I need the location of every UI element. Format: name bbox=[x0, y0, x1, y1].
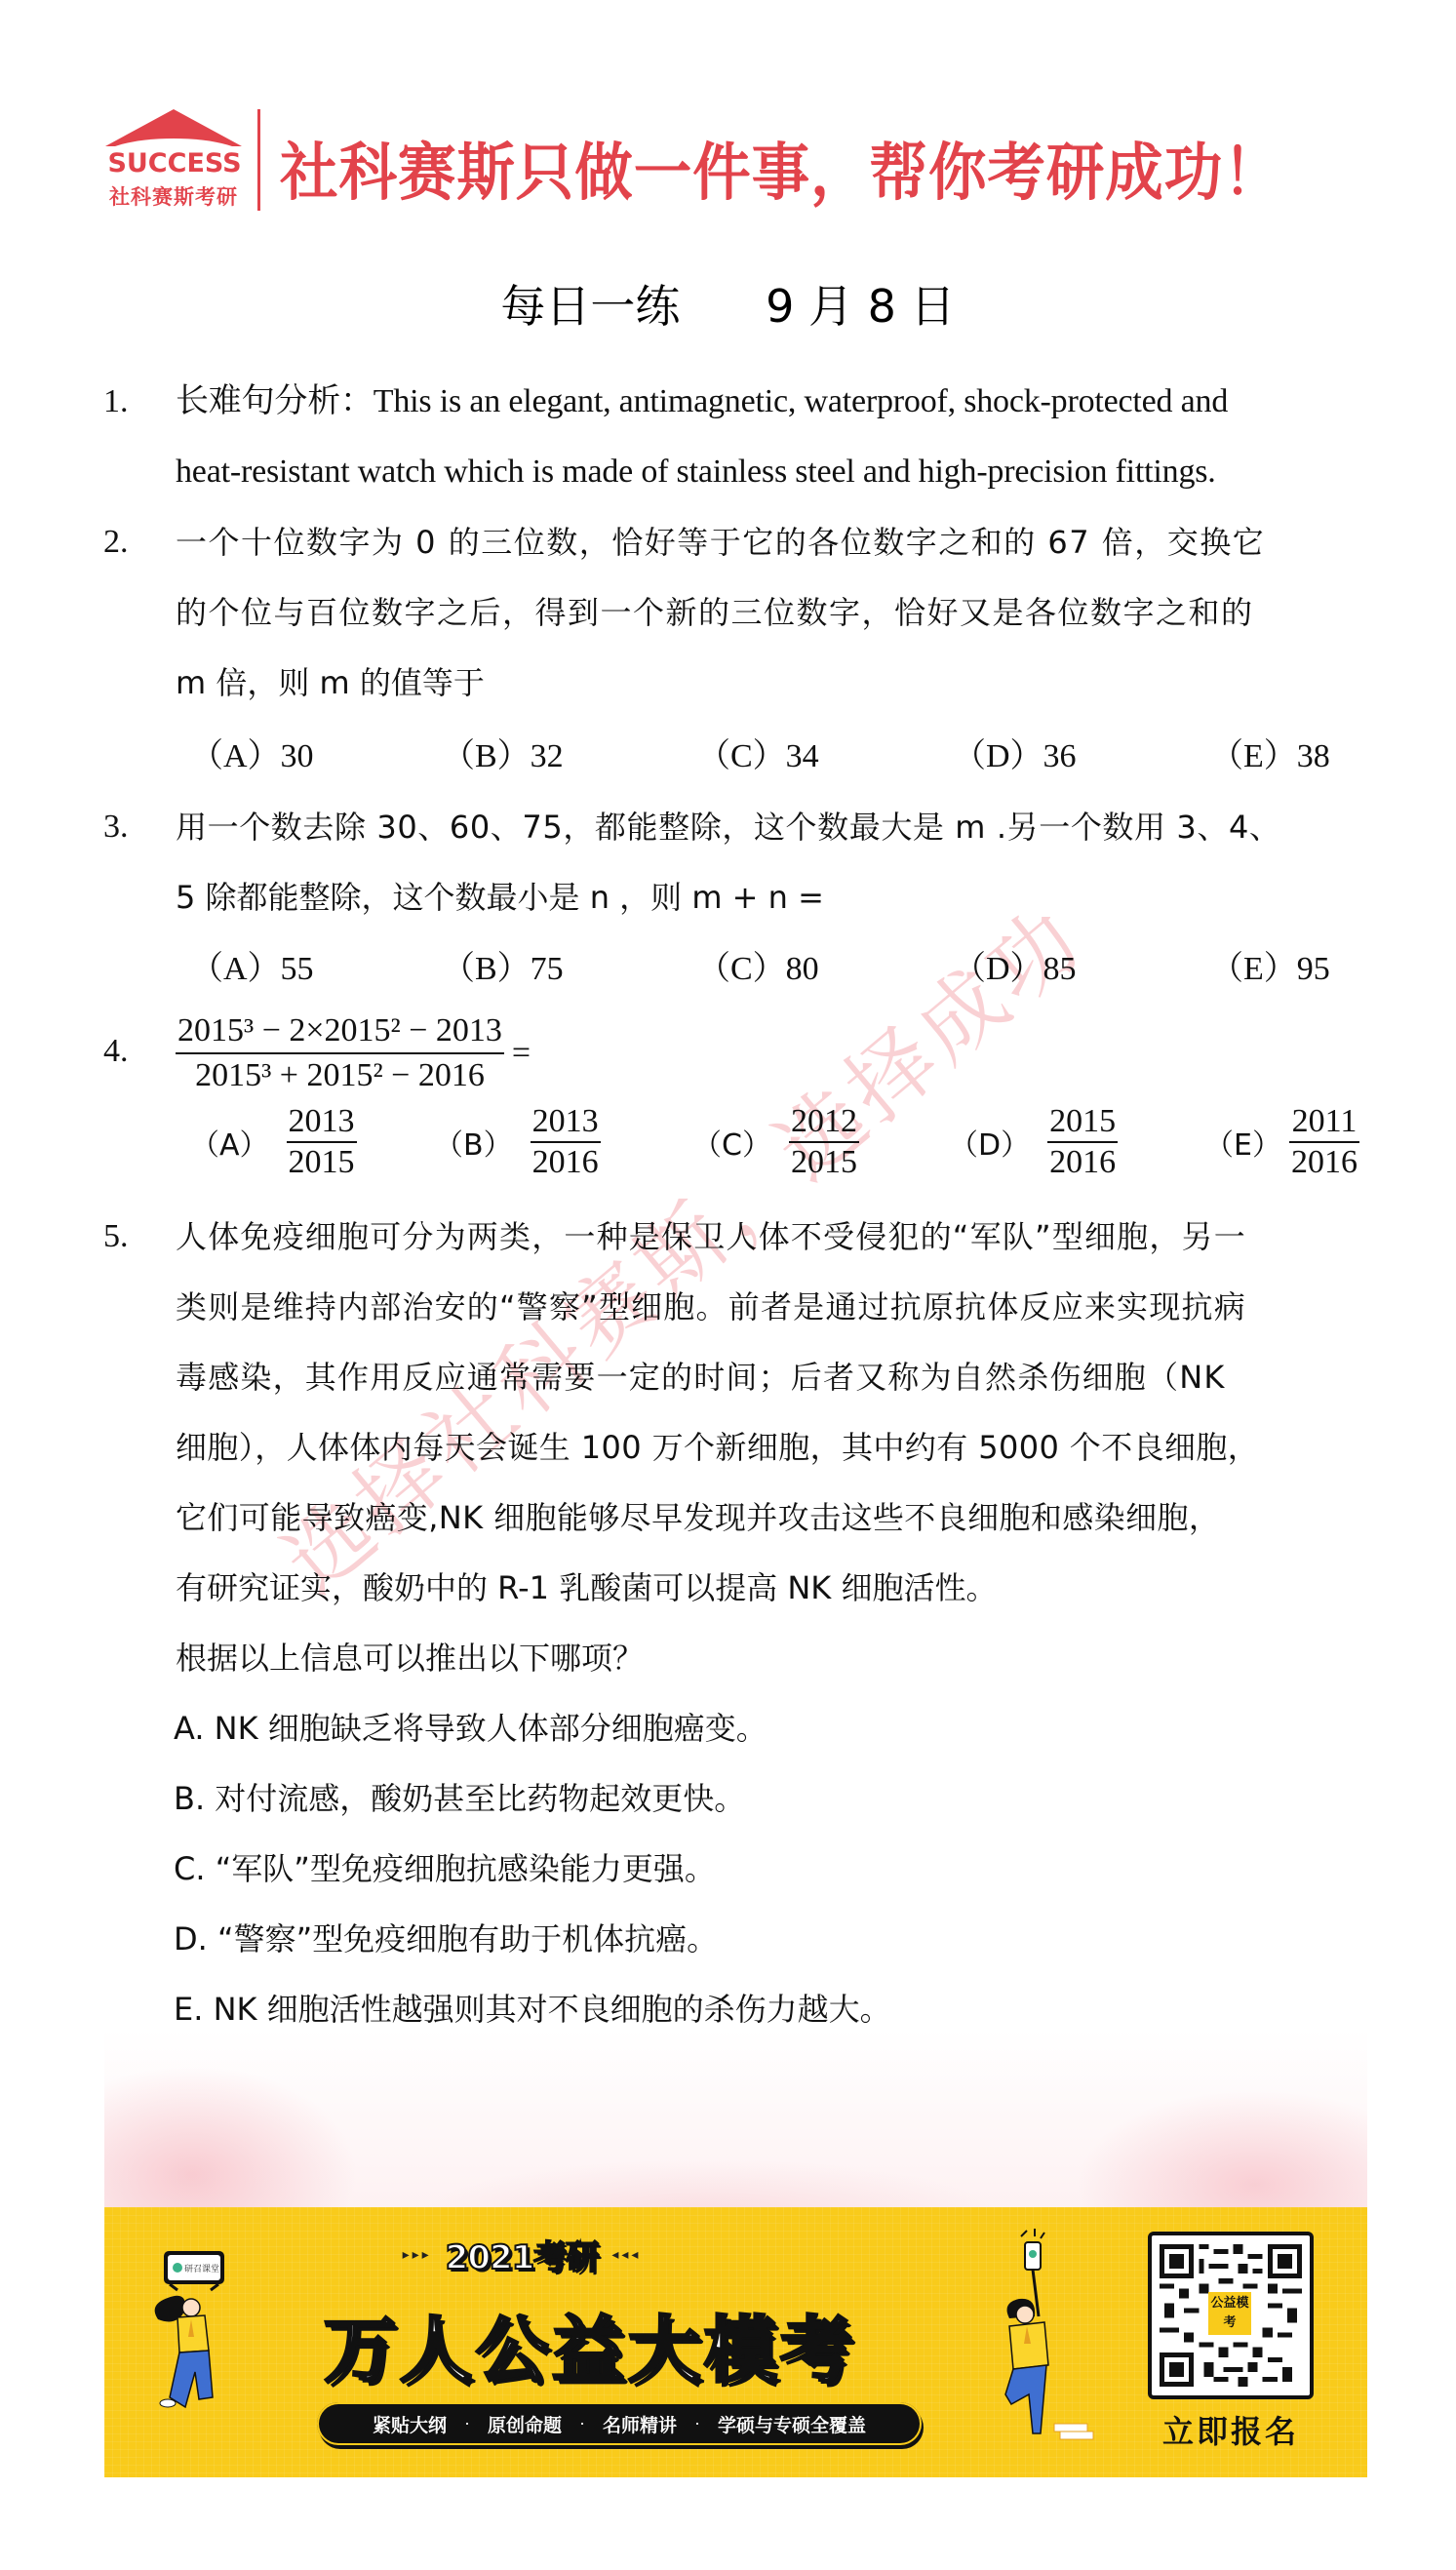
question-text-line: 毒感染，其作用反应通常需要一定的时间；后者又称为自然杀伤细胞（NK bbox=[176, 1358, 1226, 1397]
question-text-line: 类则是维持内部治安的“警察”型细胞。前者是通过抗原抗体反应来实现抗病 bbox=[176, 1287, 1246, 1326]
equals-sign: = bbox=[512, 1035, 531, 1072]
qr-badge-char: 益 bbox=[1223, 2296, 1236, 2312]
qr-badge-char: 模 bbox=[1237, 2296, 1249, 2312]
question-number: 1. bbox=[103, 382, 129, 421]
arrow-right-icon: ▸▸▸ bbox=[403, 2247, 432, 2263]
separator-dot: · bbox=[464, 2414, 470, 2434]
separator-dot: · bbox=[579, 2414, 585, 2434]
option-e[interactable]: （E） 20112016 bbox=[1204, 1102, 1359, 1182]
page-header: SUCCESS 社科赛斯考研 社科赛斯只做一件事，帮你考研成功！ bbox=[0, 0, 1456, 234]
fraction-numerator: 2013 bbox=[287, 1102, 357, 1141]
qr-badge-char: 考 bbox=[1223, 2315, 1236, 2331]
question-text-line: 细胞），人体体内每天会诞生 100 万个新细胞，其中约有 5000 个不良细胞， bbox=[176, 1428, 1259, 1467]
question-text-line: 用一个数去除 30、60、75，都能整除，这个数最大是 m .另一个数用 3、4… bbox=[176, 808, 1281, 847]
question-number: 2. bbox=[103, 523, 129, 562]
question-text-line: 长难句分析：This is an elegant, antimagnetic, … bbox=[176, 382, 1228, 421]
phone-girl-illustration bbox=[992, 2229, 1099, 2453]
question-text-line: 5 除都能整除，这个数最小是 n ，则 m + n = bbox=[176, 878, 824, 917]
svg-text:研召课堂: 研召课堂 bbox=[184, 2263, 219, 2274]
feature-item: 名师精讲 bbox=[603, 2411, 677, 2437]
question-text-line: 一个十位数字为 0 的三位数，恰好等于它的各位数字之和的 67 倍，交换它 bbox=[176, 523, 1265, 562]
question-number: 4. bbox=[103, 1032, 129, 1071]
fraction-numerator: 2013 bbox=[531, 1102, 601, 1141]
expression-fraction: 2015³ − 2×2015² − 2013 2015³ + 2015² − 2… bbox=[176, 1009, 504, 1097]
decorative-watercolor bbox=[104, 2029, 1367, 2214]
fraction-numerator: 2011 bbox=[1289, 1102, 1359, 1141]
fraction-denominator: 2016 bbox=[531, 1141, 601, 1182]
feature-item: 紧贴大纲 bbox=[373, 2411, 447, 2437]
question-text-line: 它们可能导致癌变,NK 细胞能够尽早发现并攻击这些不良细胞和感染细胞， bbox=[176, 1498, 1220, 1537]
answer-options: （A） 20132015 （B） 20132016 （C） 20122015 （… bbox=[190, 1102, 1419, 1200]
brand-logo: SUCCESS 社科赛斯考研 bbox=[98, 109, 244, 211]
question-number: 5. bbox=[103, 1217, 129, 1256]
choice-c[interactable]: C. “军队”型免疫细胞抗感染能力更强。 bbox=[174, 1849, 716, 1888]
qr-center-badge: 公 益 模 考 bbox=[1208, 2292, 1251, 2335]
option-a[interactable]: （A） 20132015 bbox=[190, 1102, 357, 1182]
option-label: （B） bbox=[434, 1121, 513, 1164]
page-title: 每日一练 9 月 8 日 bbox=[0, 271, 1456, 336]
question-text-line: heat-resistant watch which is made of st… bbox=[176, 453, 1216, 492]
separator-dot: · bbox=[694, 2414, 700, 2434]
fraction-denominator: 2016 bbox=[1289, 1141, 1359, 1182]
feature-item: 学硕与专硕全覆盖 bbox=[718, 2411, 866, 2437]
header-slogan: 社科赛斯只做一件事，帮你考研成功！ bbox=[280, 123, 1282, 213]
qr-code[interactable]: 公 益 模 考 bbox=[1148, 2232, 1314, 2399]
option-d[interactable]: （D）85 bbox=[953, 950, 1077, 989]
option-c[interactable]: （C） 20122015 bbox=[692, 1102, 859, 1182]
choice-e[interactable]: E. NK 细胞活性越强则其对不良细胞的杀伤力越大。 bbox=[174, 1990, 891, 2029]
option-e[interactable]: （E）38 bbox=[1210, 737, 1330, 776]
fraction-numerator: 2015 bbox=[1047, 1102, 1118, 1141]
option-a[interactable]: （A）55 bbox=[190, 950, 314, 989]
option-label: （A） bbox=[190, 1121, 269, 1164]
jumping-girl-illustration: 研召课堂 bbox=[148, 2251, 236, 2436]
promo-banner[interactable]: 研召课堂 ▸▸▸ 2021考研 ◂◂◂ 万人公益大模考 紧贴大纲 · 原创命题 … bbox=[104, 2207, 1367, 2477]
choice-b[interactable]: B. 对付流感，酸奶甚至比药物起效更快。 bbox=[174, 1779, 745, 1818]
option-a[interactable]: （A）30 bbox=[190, 737, 314, 776]
banner-year: 2021考研 bbox=[446, 2231, 599, 2278]
fraction-denominator: 2015³ + 2015² − 2016 bbox=[176, 1052, 504, 1097]
question-text-line: 人体免疫细胞可分为两类，一种是保卫人体不受侵犯的“军队”型细胞，另一 bbox=[176, 1217, 1246, 1256]
math-expression: 2015³ − 2×2015² − 2013 2015³ + 2015² − 2… bbox=[176, 1009, 531, 1097]
question-prompt: 根据以上信息可以推出以下哪项？ bbox=[176, 1639, 644, 1678]
option-label: （E） bbox=[1204, 1121, 1281, 1164]
option-label: （C） bbox=[692, 1121, 771, 1164]
option-label: （D） bbox=[949, 1121, 1030, 1164]
header-divider bbox=[257, 109, 260, 211]
question-text-line: 有研究证实，酸奶中的 R-1 乳酸菌可以提高 NK 细胞活性。 bbox=[176, 1568, 997, 1607]
logo-text-cn: 社科赛斯考研 bbox=[99, 181, 248, 211]
banner-title: 万人公益大模考 bbox=[324, 2293, 856, 2396]
option-c[interactable]: （C）34 bbox=[697, 737, 819, 776]
option-d[interactable]: （D） 20152016 bbox=[949, 1102, 1118, 1182]
qr-badge-char: 公 bbox=[1210, 2296, 1223, 2312]
option-e[interactable]: （E）95 bbox=[1210, 950, 1330, 989]
fraction-denominator: 2015 bbox=[789, 1141, 859, 1182]
option-d[interactable]: （D）36 bbox=[953, 737, 1077, 776]
option-b[interactable]: （B）75 bbox=[442, 950, 564, 989]
feature-item: 原创命题 bbox=[488, 2411, 562, 2437]
option-b[interactable]: （B） 20132016 bbox=[434, 1102, 601, 1182]
register-now-button[interactable]: 立即报名 bbox=[1148, 2407, 1314, 2452]
fraction-denominator: 2015 bbox=[287, 1141, 357, 1182]
option-c[interactable]: （C）80 bbox=[697, 950, 819, 989]
choice-a[interactable]: A. NK 细胞缺乏将导致人体部分细胞癌变。 bbox=[174, 1709, 767, 1748]
fraction-denominator: 2016 bbox=[1047, 1141, 1118, 1182]
fraction-numerator: 2015³ − 2×2015² − 2013 bbox=[176, 1009, 504, 1052]
option-b[interactable]: （B）32 bbox=[442, 737, 564, 776]
question-text-line: m 倍，则 m 的值等于 bbox=[176, 663, 485, 702]
banner-features: 紧贴大纲 · 原创命题 · 名师精讲 · 学硕与专硕全覆盖 bbox=[317, 2402, 922, 2445]
choice-d[interactable]: D. “警察”型免疫细胞有助于机体抗癌。 bbox=[174, 1919, 718, 1958]
logo-text-en: SUCCESS bbox=[101, 148, 248, 178]
question-text-line: 的个位与百位数字之后，得到一个新的三位数字，恰好又是各位数字之和的 bbox=[176, 593, 1254, 632]
fraction-numerator: 2012 bbox=[789, 1102, 859, 1141]
question-number: 3. bbox=[103, 808, 129, 847]
arrow-left-icon: ◂◂◂ bbox=[611, 2247, 641, 2263]
